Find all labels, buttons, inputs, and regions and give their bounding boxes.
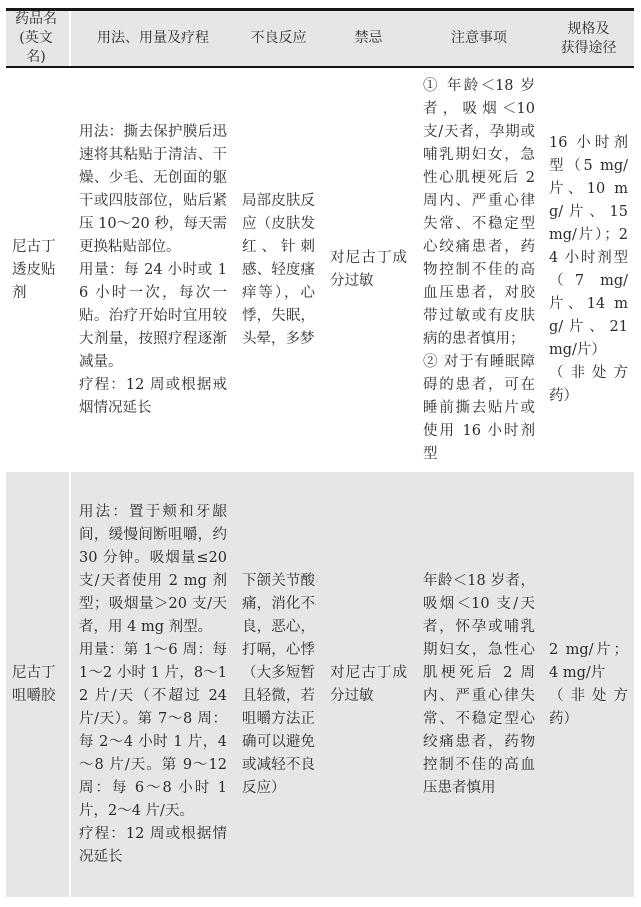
column-header-label: 禁忌 xyxy=(355,29,383,48)
column-header-label: 注意事项 xyxy=(451,29,507,48)
adverse-reactions-cell: 局部皮肤反应（皮肤发红、针刺感、轻度瘙痒等），心悸，失眠，头晕，多梦 xyxy=(235,68,322,472)
drug-name-cell: 尼古丁咀嚼胶 xyxy=(6,472,71,897)
precautions-cell: 年龄＜18 岁者，吸烟＜10 支/天者，怀孕或哺乳期妇女，急性心肌梗死后 2 周… xyxy=(415,472,543,897)
table-header-row: 药品名 (英文名) 用法、用量及疗程 不良反应 禁忌 注意事项 规格及 获得途径 xyxy=(6,11,634,68)
spec-cell: 2 mg/片；4 mg/片 （非处方药） xyxy=(543,472,634,897)
usage-paragraph: 用法：置于颊和牙龈间，缓慢间断咀嚼，约 30 分钟。吸烟量≤20 支/天者使用 … xyxy=(79,501,227,639)
table-row: 尼古丁咀嚼胶 用法：置于颊和牙龈间，缓慢间断咀嚼，约 30 分钟。吸烟量≤20 … xyxy=(6,472,634,897)
adverse-reactions-text: 下颌关节酸痛，消化不良，恶心，打嗝，心悸（大多短暂且轻微，若咀嚼方法正确可以避免… xyxy=(242,570,315,800)
usage-paragraph: 用量：每 24 小时或 16 小时一次，每次一贴。治疗开始时宜用较大剂量，按照疗… xyxy=(79,259,227,374)
precautions-paragraph: 年龄＜18 岁者，吸烟＜10 支/天者，怀孕或哺乳期妇女，急性心肌梗死后 2 周… xyxy=(423,570,535,800)
precautions-cell: ① 年龄＜18 岁者，吸烟＜10 支/天者，孕期或哺乳期妇女，急性心肌梗死后 2… xyxy=(415,68,543,472)
column-header-label: 规格及 xyxy=(568,20,610,39)
contraindications-cell: 对尼古丁成分过敏 xyxy=(322,68,415,472)
usage-paragraph: 疗程：12 周或根据戒烟情况延长 xyxy=(79,374,227,420)
column-header-contraindications: 禁忌 xyxy=(322,11,415,66)
precautions-paragraph: ① 年龄＜18 岁者，吸烟＜10 支/天者，孕期或哺乳期妇女，急性心肌梗死后 2… xyxy=(423,75,535,351)
usage-cell: 用法：置于颊和牙龈间，缓慢间断咀嚼，约 30 分钟。吸烟量≤20 支/天者使用 … xyxy=(71,472,235,897)
column-header-label: 获得途径 xyxy=(561,39,617,58)
spec-otc-text: （非处方药） xyxy=(549,362,628,408)
table-row: 尼古丁透皮贴剂 用法：撕去保护膜后迅速将其粘贴于清洁、干燥、少毛、无创面的躯干或… xyxy=(6,68,634,472)
drug-name: 尼古丁咀嚼胶 xyxy=(12,662,60,708)
precautions-paragraph: ② 对于有睡眠障碍的患者，可在睡前撕去贴片或使用 16 小时剂型 xyxy=(423,351,535,466)
contraindications-cell: 对尼古丁成分过敏 xyxy=(322,472,415,897)
column-header-label: (英文名) xyxy=(12,29,60,67)
column-header-spec: 规格及 获得途径 xyxy=(543,11,634,66)
spec-text: 16 小时剂型（5 mg/片、10 mg/片、15 mg/片）；24 小时剂型（… xyxy=(549,132,628,362)
column-header-adverse-reactions: 不良反应 xyxy=(235,11,322,66)
spec-text: 2 mg/片；4 mg/片 xyxy=(549,639,628,685)
drug-name-cell: 尼古丁透皮贴剂 xyxy=(6,68,71,472)
usage-paragraph: 用法：撕去保护膜后迅速将其粘贴于清洁、干燥、少毛、无创面的躯干或四肢部位，贴后紧… xyxy=(79,121,227,259)
usage-cell: 用法：撕去保护膜后迅速将其粘贴于清洁、干燥、少毛、无创面的躯干或四肢部位，贴后紧… xyxy=(71,68,235,472)
column-header-precautions: 注意事项 xyxy=(415,11,543,66)
drug-name: 尼古丁透皮贴剂 xyxy=(12,236,60,305)
spec-cell: 16 小时剂型（5 mg/片、10 mg/片、15 mg/片）；24 小时剂型（… xyxy=(543,68,634,472)
usage-paragraph: 用量：第 1～6 周：每 1～2 小时 1 片，8～12 片/天（不超过 24 … xyxy=(79,639,227,823)
column-header-drug-name: 药品名 (英文名) xyxy=(6,11,71,66)
column-header-label: 药品名 xyxy=(15,10,57,29)
usage-paragraph: 疗程：12 周或根据情况延长 xyxy=(79,823,227,869)
contraindications-text: 对尼古丁成分过敏 xyxy=(330,247,407,293)
adverse-reactions-cell: 下颌关节酸痛，消化不良，恶心，打嗝，心悸（大多短暂且轻微，若咀嚼方法正确可以避免… xyxy=(235,472,322,897)
spec-otc-text: （非处方药） xyxy=(549,685,628,731)
column-header-label: 用法、用量及疗程 xyxy=(97,29,209,48)
column-header-usage: 用法、用量及疗程 xyxy=(71,11,235,66)
column-header-label: 不良反应 xyxy=(251,29,307,48)
adverse-reactions-text: 局部皮肤反应（皮肤发红、针刺感、轻度瘙痒等），心悸，失眠，头晕，多梦 xyxy=(242,190,315,351)
contraindications-text: 对尼古丁成分过敏 xyxy=(330,662,407,708)
drug-comparison-table: 药品名 (英文名) 用法、用量及疗程 不良反应 禁忌 注意事项 规格及 获得途径… xyxy=(6,8,634,897)
